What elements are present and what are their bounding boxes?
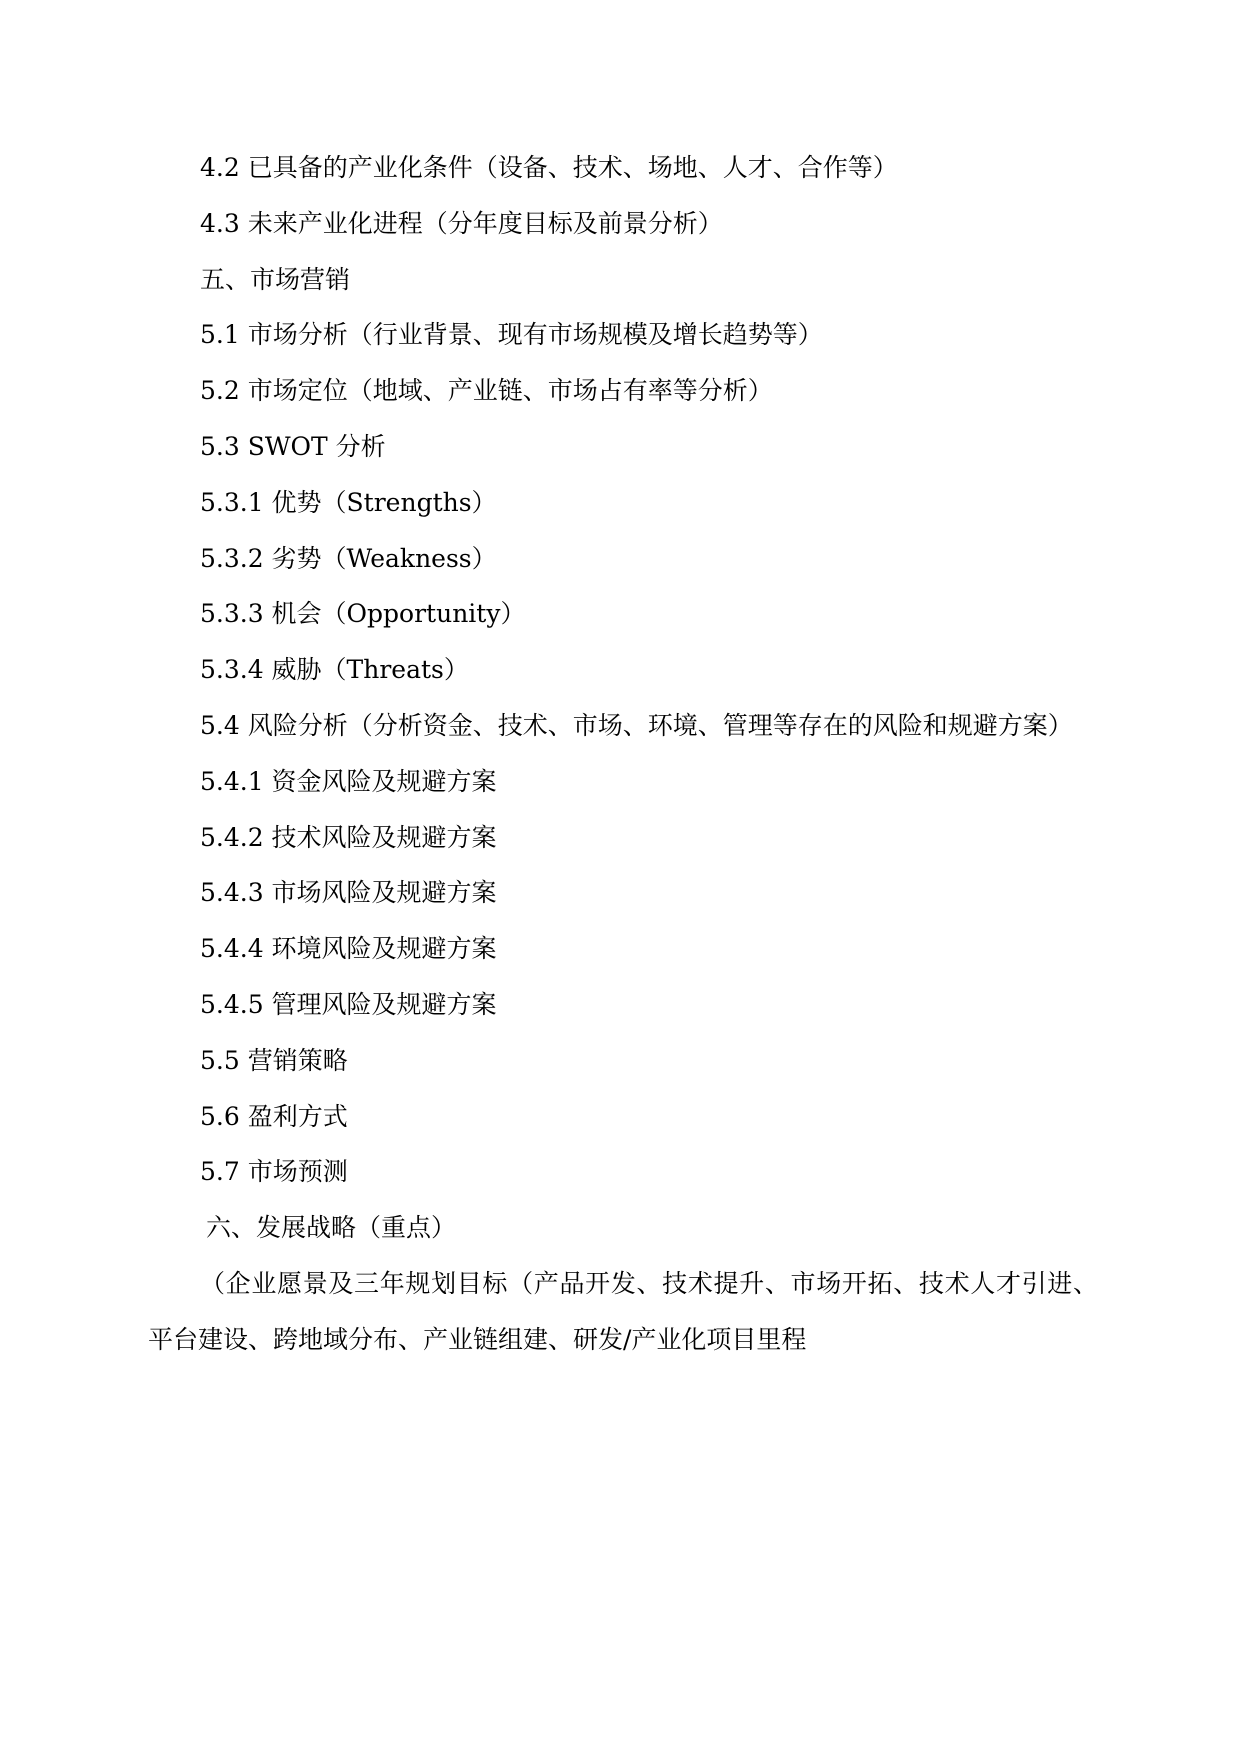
section-heading-5: 五、市场营销: [148, 252, 1098, 308]
heading-5-4-5: 5.4.5 管理风险及规避方案: [148, 977, 1098, 1033]
heading-5-3-4: 5.3.4 威胁（Threats）: [148, 642, 1098, 698]
heading-5-4-4: 5.4.4 环境风险及规避方案: [148, 921, 1098, 977]
heading-5-4-2: 5.4.2 技术风险及规避方案: [148, 810, 1098, 866]
heading-4-2: 4.2 已具备的产业化条件（设备、技术、场地、人才、合作等）: [148, 140, 1098, 196]
heading-5-3-3: 5.3.3 机会（Opportunity）: [148, 586, 1098, 642]
heading-5-4-3: 5.4.3 市场风险及规避方案: [148, 865, 1098, 921]
document-page: 4.2 已具备的产业化条件（设备、技术、场地、人才、合作等） 4.3 未来产业化…: [0, 0, 1241, 1754]
heading-5-3: 5.3 SWOT 分析: [148, 419, 1098, 475]
heading-5-6: 5.6 盈利方式: [148, 1089, 1098, 1145]
heading-5-3-2: 5.3.2 劣势（Weakness）: [148, 531, 1098, 587]
section-heading-6: 六、发展战略（重点）: [148, 1200, 1098, 1256]
heading-5-3-1: 5.3.1 优势（Strengths）: [148, 475, 1098, 531]
heading-5-4-1: 5.4.1 资金风险及规避方案: [148, 754, 1098, 810]
heading-5-2: 5.2 市场定位（地域、产业链、市场占有率等分析）: [148, 363, 1098, 419]
heading-4-3: 4.3 未来产业化进程（分年度目标及前景分析）: [148, 196, 1098, 252]
heading-5-4-risk-analysis: 5.4 风险分析（分析资金、技术、市场、环境、管理等存在的风险和规避方案）: [148, 698, 1098, 754]
section-6-paragraph: （企业愿景及三年规划目标（产品开发、技术提升、市场开拓、技术人才引进、平台建设、…: [148, 1256, 1098, 1368]
heading-5-5: 5.5 营销策略: [148, 1033, 1098, 1089]
document-body: 4.2 已具备的产业化条件（设备、技术、场地、人才、合作等） 4.3 未来产业化…: [148, 140, 1098, 1368]
heading-5-7: 5.7 市场预测: [148, 1144, 1098, 1200]
heading-5-1: 5.1 市场分析（行业背景、现有市场规模及增长趋势等）: [148, 307, 1098, 363]
